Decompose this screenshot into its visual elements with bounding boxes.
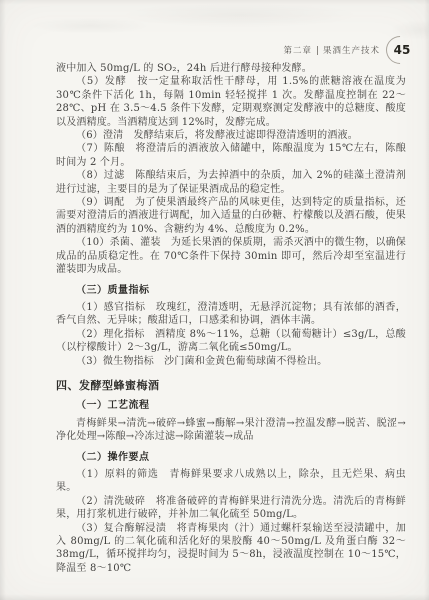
paragraph-continuation: 液中加入 50mg/L 的 SO₂，24h 后进行酵母接种发酵。 [56,62,406,75]
paragraph-sensory-indicators: （1）感官指标 玫瑰红，澄清透明，无悬浮沉淀物；具有浓郁的酒香，香气自然、无异味… [56,301,406,328]
page-body: 液中加入 50mg/L 的 SO₂，24h 后进行酵母接种发酵。 （5）发酵 按… [56,62,406,575]
paragraph-operation-3-enzymatic-maceration: （3）复合酶解浸渍 将青梅果肉（汁）通过螺杆泵输送至浸渍罐中，加入 80mg/L… [56,522,406,576]
paragraph-microbial-indicators: （3）微生物指标 沙门菌和金黄色葡萄球菌不得检出。 [56,355,406,368]
paragraph-process-flow: 青梅鲜果→清洗→破碎→蜂蜜→酶解→果汁澄清→控温发酵→脱苦、脱涩→净化处理→陈酿… [56,417,406,444]
running-head-title: 果酒生产技术 [323,44,380,56]
heading-section-four-honey-plum-wine: 四、发酵型蜂蜜梅酒 [56,379,406,392]
heading-operation-points: （二）操作要点 [56,451,406,464]
book-page: 第二章 果酒生产技术 45 液中加入 50mg/L 的 SO₂，24h 后进行酵… [0,0,429,600]
paragraph-operation-1-raw-material-selection: （1）原料的筛选 青梅鲜果要求八成熟以上，除杂，且无烂果、病虫果。 [56,468,406,495]
running-head-chapter: 第二章 [283,44,312,56]
paragraph-step-9-blending: （9）调配 为了使果酒最终产品的风味更佳，达到特定的质量指标，还需要对澄清后的酒… [56,196,406,236]
paragraph-step-10-sterilization-filling: （10）杀菌、灌装 为延长果酒的保质期，需杀灭酒中的微生物，以确保成品的品质稳定… [56,236,406,276]
paragraph-physicochemical-indicators: （2）理化指标 酒精度 8%～11%，总糖（以葡萄糖计）≤3g/L，总酸（以柠檬… [56,328,406,355]
running-head: 第二章 果酒生产技术 45 [0,38,415,62]
scan-smudge [30,18,150,34]
page-number-badge: 45 [389,38,415,62]
paragraph-step-6-clarification: （6）澄清 发酵结束后，将发酵液过滤即得澄清透明的酒液。 [56,129,406,142]
scan-smudge [120,2,360,28]
header-divider [317,46,318,55]
heading-process-flow: （一）工艺流程 [56,399,406,412]
paragraph-operation-2-washing-crushing: （2）清洗破碎 将准备破碎的青梅鲜果进行清洗分选。清洗后的青梅鲜果，用打浆机进行… [56,495,406,522]
paragraph-step-8-filtration: （8）过滤 陈酿结束后，为去掉酒中的杂质，加入 2%的硅藻土澄清剂进行过滤，主要… [56,169,406,196]
heading-quality-indicators: （三）质量指标 [56,284,406,297]
paragraph-step-5-fermentation: （5）发酵 按一定量称取活性干酵母，用 1.5%的蔗糖溶液在温度为 30℃条件下… [56,75,406,129]
paragraph-step-7-aging: （7）陈酿 将澄清后的酒液放入储罐中，陈酿温度为 15℃左右，陈酿时间为 2 个… [56,142,406,169]
